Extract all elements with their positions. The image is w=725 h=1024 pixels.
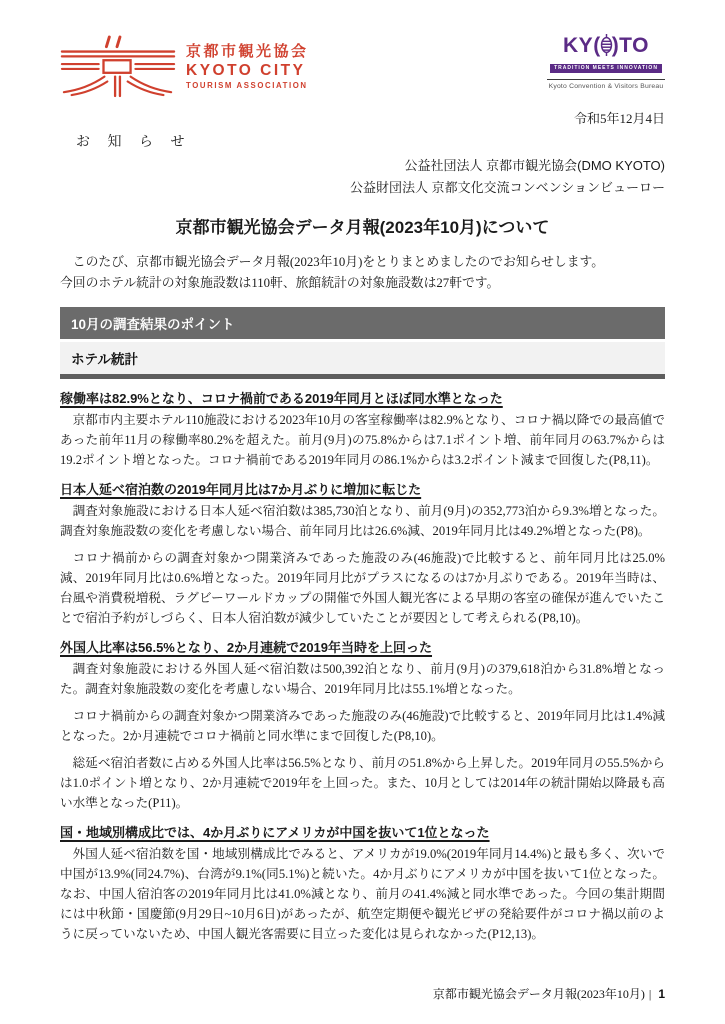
point-paragraph: 総延べ宿泊者数に占める外国人比率は56.5%となり、前月の51.8%から上昇した… <box>60 753 665 813</box>
point-paragraph: コロナ禍前からの調査対象かつ開業済みであった施設のみ(46施設)で比較すると、2… <box>60 706 665 746</box>
header: 京都市観光協会 KYOTO CITY TOURISM ASSOCIATION K… <box>60 34 665 100</box>
point-heading-occupancy: 稼働率は82.9%となり、コロナ禍前である2019年同月とほぼ同水準となった <box>60 388 665 407</box>
intro-paragraph: このたび、京都市観光協会データ月報(2023年10月)をとりまとめましたのでお知… <box>60 252 665 294</box>
issuer-line-1: 公益社団法人 京都市観光協会(DMO KYOTO) <box>60 155 665 177</box>
page-footer: 京都市観光協会データ月報(2023年10月)|1 <box>433 985 665 1002</box>
page-title: 京都市観光協会データ月報(2023年10月)について <box>60 213 665 238</box>
point-heading-foreign-ratio: 外国人比率は56.5%となり、2か月連続で2019年当時を上回った <box>60 637 665 656</box>
footer-doc-label: 京都市観光協会データ月報(2023年10月) <box>433 987 645 1001</box>
points-banner: 10月の調査結果のポイント <box>60 307 665 339</box>
kyoto-wordmark-left: KY( <box>563 35 601 56</box>
document-page: 京都市観光協会 KYOTO CITY TOURISM ASSOCIATION K… <box>0 0 725 1024</box>
kyoto-wordmark-right: )TO <box>612 35 649 56</box>
kyoto-tagline: TRADITION MEETS INNOVATION <box>550 64 662 73</box>
footer-separator: | <box>649 987 651 1001</box>
point-paragraph: コロナ禍前からの調査対象かつ開業済みであった施設のみ(46施設)で比較すると、前… <box>60 548 665 628</box>
issuer-lines: 公益社団法人 京都市観光協会(DMO KYOTO) 公益財団法人 京都文化交流コ… <box>60 155 665 199</box>
subsection-hotel-stats: ホテル統計 <box>60 342 665 379</box>
point-paragraph: 調査対象施設における外国人延べ宿泊数は500,392泊となり、前月(9月)の37… <box>60 659 665 699</box>
logo-org-en-line1: KYOTO CITY <box>186 62 309 79</box>
footer-page-number: 1 <box>658 987 665 1001</box>
intro-line-1: このたび、京都市観光協会データ月報(2023年10月)をとりまとめましたのでお知… <box>60 252 665 273</box>
point-heading-japanese-guests: 日本人延べ宿泊数の2019年同月比は7か月ぶりに増加に転じた <box>60 479 665 498</box>
notice-label: お 知 ら せ <box>76 131 665 151</box>
kyoto-cvb-caption: Kyoto Convention & Visitors Bureau <box>547 83 665 90</box>
point-paragraph: 京都市内主要ホテル110施設における2023年10月の客室稼働率は82.9%とな… <box>60 410 665 470</box>
document-date: 令和5年12月4日 <box>60 108 665 127</box>
point-paragraph: 外国人延べ宿泊数を国・地域別構成比でみると、アメリカが19.0%(2019年同月… <box>60 844 665 944</box>
point-heading-country-composition: 国・地域別構成比では、4か月ぶりにアメリカが中国を抜いて1位となった <box>60 822 665 841</box>
point-paragraph: 調査対象施設における日本人延べ宿泊数は385,730泊となり、前月(9月)の35… <box>60 501 665 541</box>
logo-divider <box>547 79 665 80</box>
logo-org-jp: 京都市観光協会 <box>186 44 309 61</box>
intro-line-2: 今回のホテル統計の対象施設数は110軒、旅館統計の対象施設数は27軒です。 <box>60 273 665 294</box>
kyoto-city-tourism-logo-text: 京都市観光協会 KYOTO CITY TOURISM ASSOCIATION <box>186 44 309 91</box>
logo-org-en-line2: TOURISM ASSOCIATION <box>186 82 309 91</box>
kyo-mark-icon <box>60 34 176 100</box>
kyoto-city-tourism-logo: 京都市観光協会 KYOTO CITY TOURISM ASSOCIATION <box>60 34 309 100</box>
kyoto-wordmark: KY( )TO <box>547 34 665 56</box>
kyoto-cvb-logo: KY( )TO TRADITION ME <box>547 34 665 90</box>
issuer-line-2: 公益財団法人 京都文化交流コンベンションビューロー <box>60 177 665 199</box>
